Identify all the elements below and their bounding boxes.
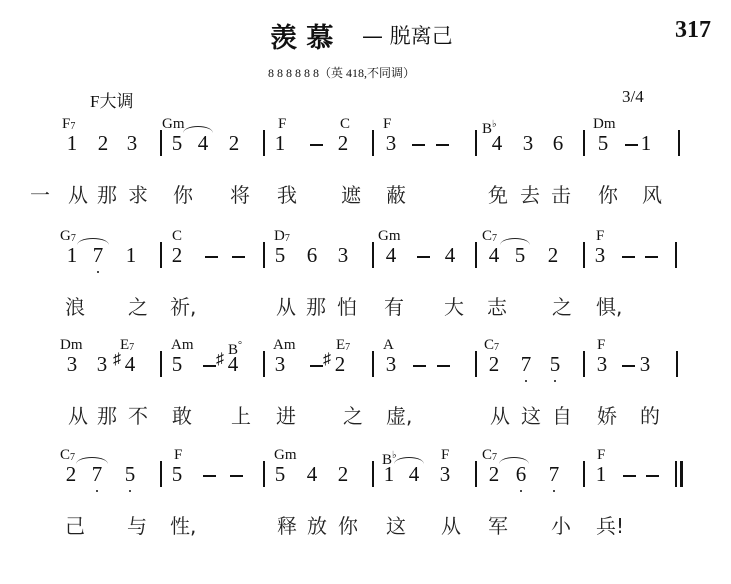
lyric-syllable: 惧, [596,296,622,318]
lyric-syllable: 军 [488,515,508,537]
chord-symbol: F [597,338,605,353]
note: 1 [65,245,79,266]
lyric-syllable: 从 [490,405,510,427]
lower-octave-dot [553,490,555,492]
chord-symbol: Am [273,338,296,353]
lyric-syllable: 从 [68,184,88,206]
note: 3 [65,354,79,375]
note: 2 [487,464,501,485]
barline [372,461,374,487]
note: 3 [521,133,535,154]
note: 1 [65,133,79,154]
lyric-syllable: 怕 [337,296,357,318]
extension-dash [412,144,425,146]
note: 4 [407,464,421,485]
note: 3 [273,354,287,375]
lower-octave-dot [96,490,98,492]
lyric-syllable: 击 [551,184,571,206]
chord-symbol: Dm [60,338,83,353]
note: 1 [382,464,396,485]
note: 3 [593,245,607,266]
lyric-syllable: 一 [30,184,50,206]
sharp-sign: ♯ [216,349,224,370]
chord-symbol: Gm [274,448,297,463]
note: 4 [487,245,501,266]
final-barline [680,461,683,487]
note: 2 [336,133,350,154]
barline [372,130,374,156]
barline [372,351,374,377]
note: 2♯ [333,354,347,375]
lyric-syllable: 的 [640,405,660,427]
note: 7 [90,464,104,485]
lyric-syllable: 娇 [597,405,617,427]
extension-dash [310,365,323,367]
lyric-syllable: 之 [552,296,572,318]
barline [475,130,477,156]
note: 3 [336,245,350,266]
extension-dash [622,256,635,258]
extension-dash [645,256,658,258]
slur [500,238,530,245]
lyric-syllable: 敢 [172,405,192,427]
note: 4 [305,464,319,485]
chord-symbol: A [383,338,394,353]
lower-octave-dot [97,271,99,273]
slur [76,457,108,464]
lyric-syllable: 这 [386,515,406,537]
lyric-syllable: 大 [444,296,464,318]
extension-dash [203,365,216,367]
barline [583,351,585,377]
slur [394,457,424,464]
time-signature: 3/4 [622,87,644,107]
barline [675,242,677,268]
chord-symbol: F [596,229,604,244]
note: 5 [596,133,610,154]
barline [675,461,677,487]
chord-symbol: Gm [162,117,185,132]
slur [499,457,529,464]
note: 2 [96,133,110,154]
lower-octave-dot [520,490,522,492]
note: 2 [64,464,78,485]
lyric-syllable: 那 [97,184,117,206]
barline [372,242,374,268]
chord-symbol: F [597,448,605,463]
lyric-syllable: 兵! [596,515,624,537]
lyric-syllable: 自 [552,405,572,427]
note: 1 [594,464,608,485]
barline [475,242,477,268]
note: 4♯ [123,354,137,375]
lyric-syllable: 去 [520,184,540,206]
chord-symbol: Dm [593,117,616,132]
barline [475,461,477,487]
extension-dash [232,256,245,258]
lower-octave-dot [554,380,556,382]
lyric-syllable: 将 [230,184,250,206]
note: 1 [273,133,287,154]
note: 5 [170,354,184,375]
sharp-sign: ♯ [323,349,331,370]
note: 5 [170,464,184,485]
lyric-syllable: 小 [551,515,571,537]
barline [263,130,265,156]
note: 1 [639,133,653,154]
lyric-syllable: 之 [128,296,148,318]
extension-dash [230,475,243,477]
barline [160,242,162,268]
note: 4 [490,133,504,154]
note: 7 [519,354,533,375]
barline [583,461,585,487]
barline [583,242,585,268]
lyric-syllable: 进 [276,405,296,427]
note: 4 [196,133,210,154]
lyric-syllable: 你 [598,184,618,206]
lyric-syllable: 蔽 [386,184,406,206]
lyric-syllable: 与 [127,515,147,537]
barline [263,242,265,268]
extension-dash [203,475,216,477]
note: 7 [91,245,105,266]
note: 5 [170,133,184,154]
barline [263,351,265,377]
note: 3 [638,354,652,375]
meter-info: 8 8 8 8 8 8（英 418,不同调） [268,64,415,81]
extension-dash [417,256,430,258]
lyric-syllable: 我 [277,184,297,206]
lyric-syllable: 从 [68,405,88,427]
note: 2 [170,245,184,266]
note: 2 [487,354,501,375]
extension-dash [622,365,635,367]
lyric-syllable: 性, [170,515,196,537]
note: 7 [547,464,561,485]
barline [678,130,680,156]
note: 3 [384,133,398,154]
note: 1 [124,245,138,266]
note: 4 [384,245,398,266]
note: 3 [384,354,398,375]
barline [263,461,265,487]
lyric-syllable: 虚, [386,405,412,427]
lyric-syllable: 求 [128,184,148,206]
extension-dash [437,365,450,367]
lyric-syllable: 己 [65,515,85,537]
lyric-syllable: 从 [276,296,296,318]
chord-symbol: Gm [378,229,401,244]
note: 5 [123,464,137,485]
barline [676,351,678,377]
lyric-syllable: 上 [231,405,251,427]
extension-dash [310,144,323,146]
note: 4 [443,245,457,266]
note: 5 [273,245,287,266]
note: 6 [514,464,528,485]
slur [183,126,213,133]
lyric-syllable: 浪 [65,296,85,318]
note: 6 [551,133,565,154]
chord-symbol: F [383,117,391,132]
lyric-syllable: 不 [128,405,148,427]
lyric-syllable: 遮 [341,184,361,206]
lower-octave-dot [129,490,131,492]
note: 5 [273,464,287,485]
note: 3 [595,354,609,375]
chord-symbol: F [278,117,286,132]
chord-symbol: C [340,117,350,132]
chord-symbol: Am [171,338,194,353]
chord-symbol: F [441,448,449,463]
lyric-syllable: 那 [97,405,117,427]
note: 2 [336,464,350,485]
lyric-syllable: 有 [384,296,404,318]
lyric-syllable: 风 [642,184,662,206]
lyric-syllable: 志 [487,296,507,318]
chord-symbol: C [172,229,182,244]
lyric-syllable: 放 [307,515,327,537]
note: 4♯ [226,354,240,375]
lyric-syllable: 释 [277,515,297,537]
lyric-syllable: 从 [441,515,461,537]
barline [160,461,162,487]
barline [160,351,162,377]
extension-dash [625,144,638,146]
note: 2 [227,133,241,154]
lyric-syllable: 免 [488,184,508,206]
note: 3 [438,464,452,485]
lyric-syllable: 你 [173,184,193,206]
note: 2 [546,245,560,266]
lyric-syllable: 之 [343,405,363,427]
lyric-syllable: 祈, [170,296,196,318]
extension-dash [646,475,659,477]
chord-symbol: F [174,448,182,463]
extension-dash [205,256,218,258]
extension-dash [413,365,426,367]
hymn-subtitle: — 脱离己 [362,20,453,50]
lyric-syllable: 这 [521,405,541,427]
extension-dash [623,475,636,477]
key-signature: F大调 [90,87,133,112]
note: 5 [513,245,527,266]
note: 5 [548,354,562,375]
hymn-title: 羡 慕 [270,16,333,55]
sharp-sign: ♯ [113,349,121,370]
note: 3 [95,354,109,375]
barline [475,351,477,377]
hymn-number: 317 [675,17,711,44]
barline [583,130,585,156]
note: 6 [305,245,319,266]
lower-octave-dot [525,380,527,382]
note: 3 [125,133,139,154]
slur [77,238,109,245]
lyric-syllable: 你 [338,515,358,537]
barline [160,130,162,156]
extension-dash [436,144,449,146]
lyric-syllable: 那 [306,296,326,318]
